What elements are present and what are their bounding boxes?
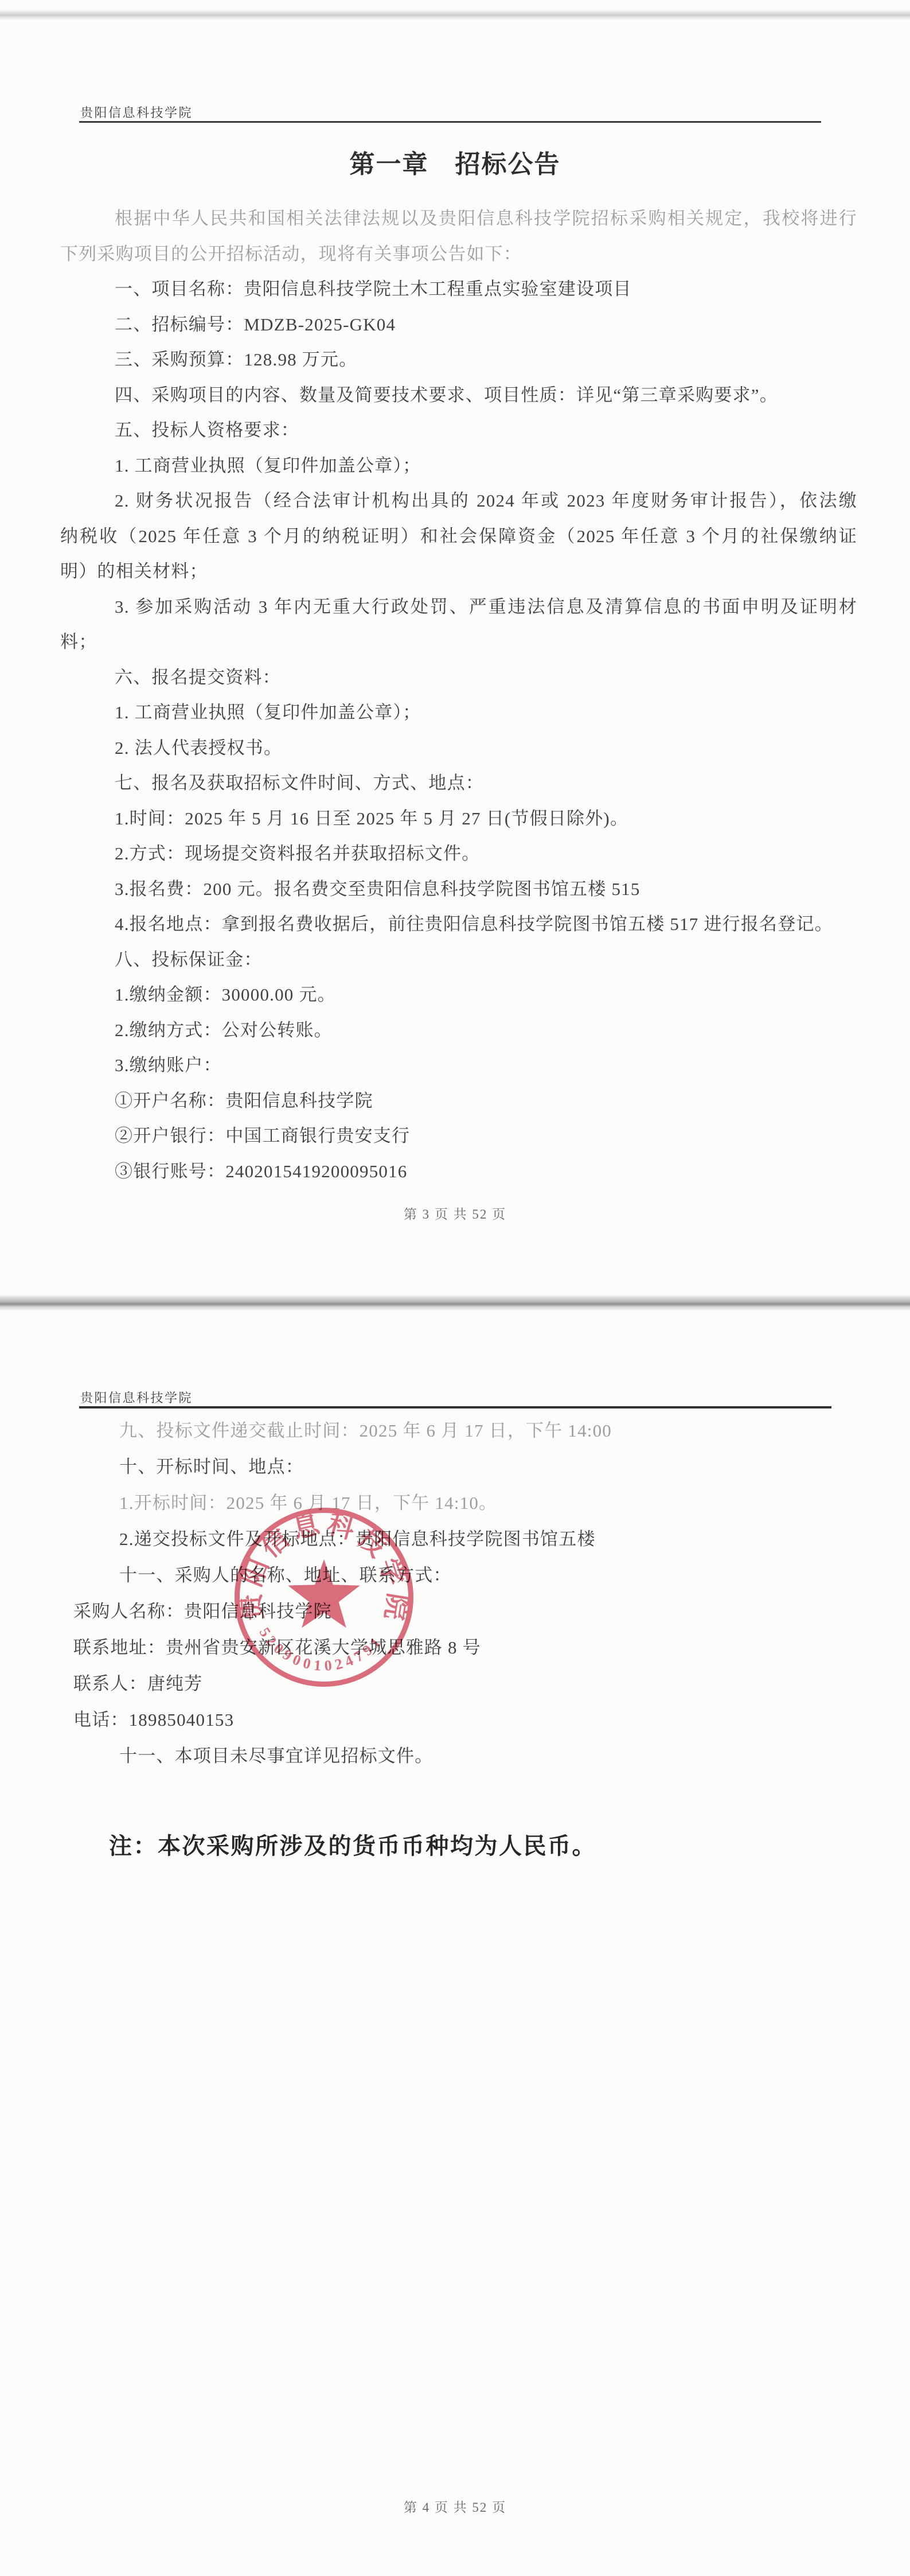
text-line: 十、开标时间、地点： <box>73 1449 853 1485</box>
text-line: 2. 财务状况报告（经合法审计机构出具的 2024 年或 2023 年度财务审计… <box>60 483 857 519</box>
page-2-footer: 第 4 页 共 52 页 <box>0 2497 910 2516</box>
text-line: 九、投标文件递交截止时间：2025 年 6 月 17 日，下午 14:00 <box>73 1412 853 1449</box>
scan-edge-shadow-top <box>0 9 910 20</box>
page-2-header: 贵阳信息科技学院 <box>80 1388 193 1406</box>
text-line: 七、报名及获取招标文件时间、方式、地点： <box>60 765 857 801</box>
text-line: 一、项目名称：贵阳信息科技学院土木工程重点实验室建设项目 <box>60 271 857 307</box>
text-line: 四、采购项目的内容、数量及简要技术要求、项目性质：详见“第三章采购要求”。 <box>60 378 857 413</box>
text-line: 料； <box>60 624 857 660</box>
text-line: 2.递交投标文件及开标地点：贵阳信息科技学院图书馆五楼 <box>73 1521 853 1557</box>
document-scan: 贵阳信息科技学院 第一章 招标公告 根据中华人民共和国相关法律法规以及贵阳信息科… <box>0 0 910 2576</box>
text-line: 2.方式：现场提交资料报名并获取招标文件。 <box>60 836 857 871</box>
text-line: 1. 工商营业执照（复印件加盖公章）； <box>60 695 857 730</box>
page-1-body: 根据中华人民共和国相关法律法规以及贵阳信息科技学院招标采购相关规定，我校将进行下… <box>60 201 857 1189</box>
text-line: 联系地址：贵州省贵安新区花溪大学城思雅路 8 号 <box>73 1629 853 1666</box>
text-line: 1.时间：2025 年 5 月 16 日至 2025 年 5 月 27 日(节假… <box>60 801 857 836</box>
seal-star <box>288 1559 360 1628</box>
currency-note: 注：本次采购所涉及的货币币种均为人民币。 <box>109 1828 596 1861</box>
text-line: 3.缴纳账户： <box>60 1048 857 1083</box>
text-line: 三、采购预算：128.98 万元。 <box>60 342 857 378</box>
text-line: 3.报名费：200 元。报名费交至贵阳信息科技学院图书馆五楼 515 <box>60 871 857 907</box>
text-line: 2. 法人代表授权书。 <box>60 730 857 766</box>
page-2-header-rule <box>79 1406 831 1408</box>
text-line: 联系人：唐纯芳 <box>73 1666 853 1702</box>
text-line: 1.开标时间：2025 年 6 月 17 日，下午 14:10。 <box>73 1485 853 1521</box>
seal-graphics: 贵阳信息科技学院 5209001024791 <box>236 1509 412 1684</box>
text-line: 十一、本项目未尽事宜详见招标文件。 <box>73 1738 853 1774</box>
text-line: 五、投标人资格要求： <box>60 413 857 448</box>
text-line: 二、招标编号：MDZB-2025-GK04 <box>60 307 857 343</box>
text-line: 1. 工商营业执照（复印件加盖公章）； <box>60 448 857 484</box>
text-line: ①开户名称：贵阳信息科技学院 <box>60 1083 857 1119</box>
page-2-body: 九、投标文件递交截止时间：2025 年 6 月 17 日，下午 14:00十、开… <box>73 1412 853 1774</box>
text-line: 1.缴纳金额：30000.00 元。 <box>60 977 857 1013</box>
page-divider-shadow <box>0 1295 910 1310</box>
page-1-header-rule <box>79 121 821 123</box>
text-line: 2.缴纳方式：公对公转账。 <box>60 1013 857 1048</box>
text-line: 3. 参加采购活动 3 年内无重大行政处罚、严重违法信息及清算信息的书面申明及证… <box>60 589 857 625</box>
chapter-title: 第一章 招标公告 <box>0 143 910 180</box>
text-line: 明）的相关材料； <box>60 554 857 589</box>
text-line: ③银行账号：2402015419200095016 <box>60 1154 857 1189</box>
official-seal-stamp: 贵阳信息科技学院 5209001024791 <box>226 1500 421 1695</box>
page-1-header: 贵阳信息科技学院 <box>80 103 193 121</box>
text-line: 八、投标保证金： <box>60 942 857 978</box>
text-line: 十一、采购人的名称、地址、联系方式： <box>73 1557 853 1593</box>
text-line: 根据中华人民共和国相关法律法规以及贵阳信息科技学院招标采购相关规定，我校将进行 <box>60 201 857 236</box>
page-1-footer: 第 3 页 共 52 页 <box>0 1204 910 1223</box>
text-line: 下列采购项目的公开招标活动，现将有关事项公告如下： <box>60 236 857 272</box>
text-line: 采购人名称：贵阳信息科技学院 <box>73 1593 853 1629</box>
text-line: 4.报名地点：拿到报名费收据后，前往贵阳信息科技学院图书馆五楼 517 进行报名… <box>60 906 857 942</box>
text-line: 纳税收（2025 年任意 3 个月的纳税证明）和社会保障资金（2025 年任意 … <box>60 519 857 554</box>
text-line: 电话：18985040153 <box>73 1702 853 1738</box>
text-line: ②开户银行：中国工商银行贵安支行 <box>60 1118 857 1154</box>
text-line: 六、报名提交资料： <box>60 660 857 695</box>
